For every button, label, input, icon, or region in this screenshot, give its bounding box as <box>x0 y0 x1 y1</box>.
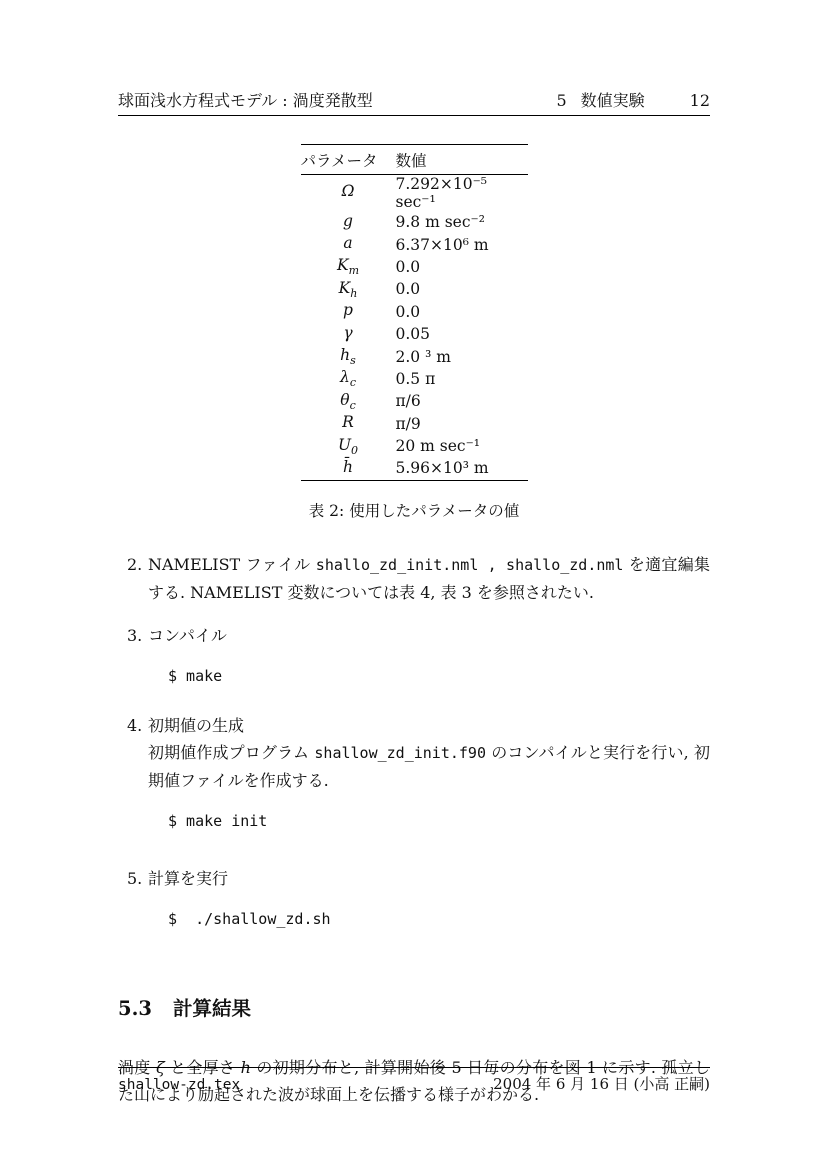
param-symbol: R <box>342 413 354 431</box>
step3-label: コンパイル <box>148 626 227 645</box>
table-row: p 0.0 <box>301 301 528 323</box>
list-item-number: 4. <box>118 712 148 841</box>
param-value: 0.0 <box>396 301 528 323</box>
param-subscript: c <box>350 399 356 412</box>
param-value: 0.0 <box>396 256 528 278</box>
table-row: Km 0.0 <box>301 256 528 278</box>
param-value: 2.0 ³ m <box>396 345 528 367</box>
table-caption: 表 2: 使用したパラメータの値 <box>118 499 710 521</box>
header-page-number: 12 <box>690 90 710 111</box>
list-item-text: NAMELIST ファイル shallo_zd_init.nml , shall… <box>148 551 710 606</box>
param-symbol: K <box>337 256 349 274</box>
list-item: 4. 初期値の生成 初期値作成プログラム shallow_zd_init.f90… <box>118 712 710 841</box>
section-title: 計算結果 <box>173 997 251 1020</box>
page-footer: shallow-zd.tex 2004 年 6 月 16 日 (小高 正嗣) <box>118 1067 710 1094</box>
step5-label: 計算を実行 <box>148 869 228 888</box>
filename-f90: shallow_zd_init.f90 <box>314 744 486 762</box>
param-symbol: a <box>343 234 352 252</box>
param-subscript: m <box>349 265 359 278</box>
shell-command-make-init: $ make init <box>168 808 710 835</box>
header-right: 5 数値実験 12 <box>556 90 710 111</box>
param-subscript: h <box>350 287 357 300</box>
param-symbol: K <box>339 279 351 297</box>
list-item-text: コンパイル $ make <box>148 622 710 696</box>
steps-list: 2. NAMELIST ファイル shallo_zd_init.nml , sh… <box>118 551 710 939</box>
param-symbol: p <box>343 301 353 319</box>
step2-text-before: NAMELIST ファイル <box>148 555 316 574</box>
param-value: 20 m sec⁻¹ <box>396 435 528 457</box>
table-row: Kh 0.0 <box>301 278 528 300</box>
footer-filename: shallow-zd.tex <box>118 1077 240 1093</box>
header-section-title: 数値実験 <box>581 90 645 111</box>
param-symbol: λ <box>340 368 350 386</box>
filename-nml-init: shallo_zd_init.nml <box>316 556 479 574</box>
table-row: Ω 7.292×10⁻⁵ sec⁻¹ <box>301 175 528 212</box>
param-value: 7.292×10⁻⁵ sec⁻¹ <box>396 175 528 212</box>
param-subscript: 0 <box>351 444 358 457</box>
shell-command-run: $ ./shallow_zd.sh <box>168 906 710 933</box>
param-subscript: s <box>350 354 356 367</box>
table-row: θc π/6 <box>301 390 528 412</box>
param-subscript: c <box>350 376 356 389</box>
list-item: 2. NAMELIST ファイル shallo_zd_init.nml , sh… <box>118 551 710 606</box>
table-row: U0 20 m sec⁻¹ <box>301 435 528 457</box>
header-title: 球面浅水方程式モデル : 渦度発散型 <box>118 90 373 111</box>
page-header: 球面浅水方程式モデル : 渦度発散型 5 数値実験 12 <box>118 90 710 116</box>
param-value: 9.8 m sec⁻² <box>396 211 528 233</box>
param-symbol: γ <box>343 324 352 342</box>
list-item-number: 2. <box>118 551 148 606</box>
param-value: π/6 <box>396 390 528 412</box>
section-heading: 5.3計算結果 <box>118 996 710 1021</box>
table-row: λc 0.5 π <box>301 368 528 390</box>
param-symbol: U <box>338 436 351 454</box>
list-item-number: 3. <box>118 622 148 696</box>
document-page: 球面浅水方程式モデル : 渦度発散型 5 数値実験 12 パラメータ 数値 Ω … <box>0 0 826 1169</box>
table-row: h̄ 5.96×10³ m <box>301 457 528 480</box>
table-header-row: パラメータ 数値 <box>301 145 528 175</box>
param-table-body: Ω 7.292×10⁻⁵ sec⁻¹ g 9.8 m sec⁻² a 6.37×… <box>301 175 528 481</box>
filename-nml: shallo_zd.nml <box>506 556 623 574</box>
table-row: R π/9 <box>301 413 528 435</box>
param-value: 5.96×10³ m <box>396 457 528 480</box>
list-item-number: 5. <box>118 865 148 939</box>
list-item: 5. 計算を実行 $ ./shallow_zd.sh <box>118 865 710 939</box>
list-item-text: 計算を実行 $ ./shallow_zd.sh <box>148 865 710 939</box>
param-value: 0.05 <box>396 323 528 345</box>
step4-text-before: 初期値作成プログラム <box>148 743 314 762</box>
list-item-text: 初期値の生成 初期値作成プログラム shallow_zd_init.f90 のコ… <box>148 712 710 841</box>
param-symbol: g <box>343 212 353 230</box>
table-row: g 9.8 m sec⁻² <box>301 211 528 233</box>
step4-label: 初期値の生成 <box>148 716 244 735</box>
table-row: hs 2.0 ³ m <box>301 345 528 367</box>
param-value: π/9 <box>396 413 528 435</box>
header-section-number: 5 <box>556 90 566 111</box>
column-header-value: 数値 <box>396 145 528 175</box>
shell-command-make: $ make <box>168 663 710 690</box>
param-symbol: h <box>340 346 350 364</box>
section-number: 5.3 <box>118 997 152 1020</box>
footer-date: 2004 年 6 月 16 日 (小高 正嗣) <box>493 1073 710 1094</box>
param-value: 0.5 π <box>396 368 528 390</box>
param-symbol: h̄ <box>343 458 353 476</box>
table-row: γ 0.05 <box>301 323 528 345</box>
param-symbol: θ <box>340 391 349 409</box>
filename-separator: , <box>478 556 506 574</box>
parameter-table: パラメータ 数値 Ω 7.292×10⁻⁵ sec⁻¹ g 9.8 m sec⁻… <box>301 144 528 481</box>
param-symbol: Ω <box>342 182 355 200</box>
table-row: a 6.37×10⁶ m <box>301 233 528 255</box>
table-block: パラメータ 数値 Ω 7.292×10⁻⁵ sec⁻¹ g 9.8 m sec⁻… <box>118 144 710 521</box>
param-value: 6.37×10⁶ m <box>396 233 528 255</box>
column-header-parameter: パラメータ <box>301 145 396 175</box>
list-item: 3. コンパイル $ make <box>118 622 710 696</box>
param-value: 0.0 <box>396 278 528 300</box>
